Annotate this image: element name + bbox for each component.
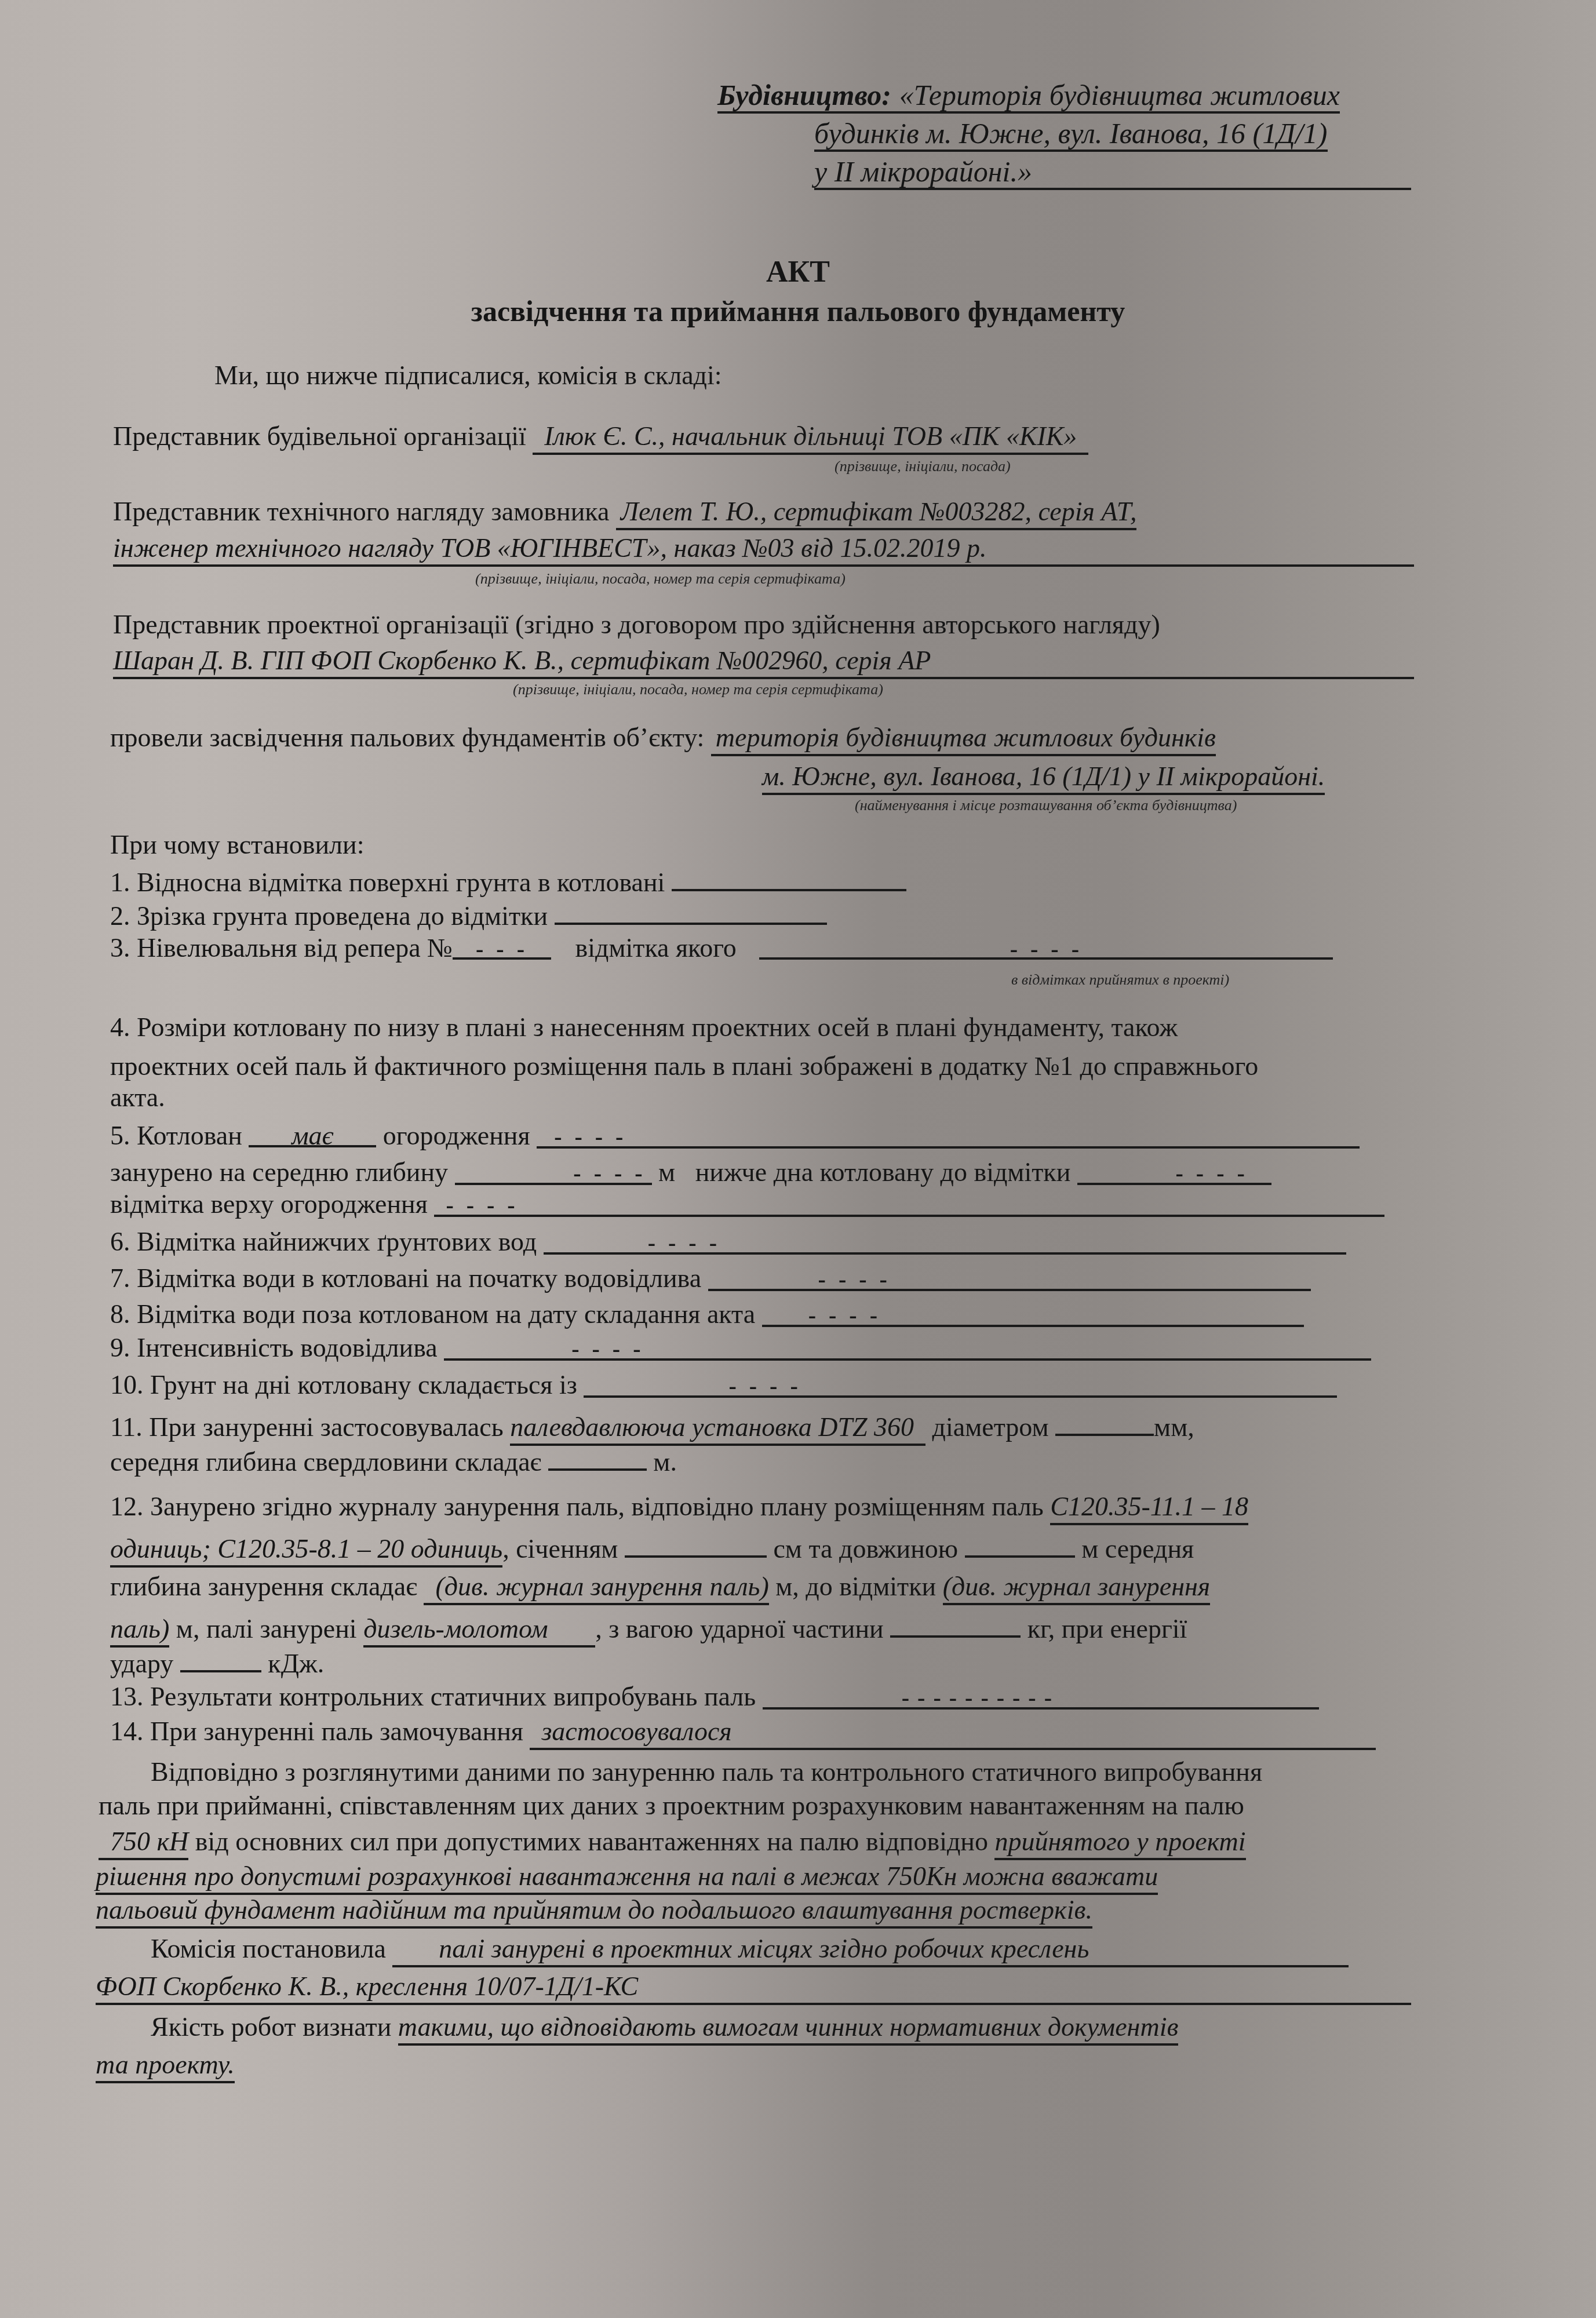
- driving-depth-value: (див. журнал занурення паль): [424, 1572, 768, 1605]
- rep-supervision-row: Представник технічного нагляду замовника…: [113, 495, 1136, 530]
- finding-11-depth: середня глибина свердловини складає м.: [110, 1443, 677, 1478]
- benchmark-field: - - -: [453, 932, 551, 960]
- finding-12-label-c: см та довжиною: [773, 1534, 958, 1563]
- resolution-row: Комісія постановила палі занурені в прое…: [151, 1933, 1349, 1967]
- rep-builder-value: Ілюк Є. С., начальник дільниці ТОВ «ПК «…: [533, 421, 1088, 455]
- finding-10-label: 10. Грунт на дні котловану складається і…: [110, 1370, 577, 1399]
- finding-11-label-a: 11. При зануренні застосовувалась: [110, 1412, 504, 1442]
- rep-design-row: Шаран Д. В. ГІП ФОП Скорбенко К. В., сер…: [113, 644, 1414, 679]
- finding-13: 13. Результати контрольних статичних вип…: [110, 1681, 1319, 1713]
- diameter-field: [1055, 1408, 1154, 1436]
- finding-14: 14. При зануренні паль замочування засто…: [110, 1715, 1376, 1750]
- design-load-value: 750 кН: [99, 1827, 188, 1860]
- finding-8-field: - - - -: [762, 1299, 1304, 1327]
- finding-5-label-e: відмітка верху огородження: [110, 1189, 428, 1219]
- bottom-mark-field: - - - -: [1077, 1157, 1271, 1185]
- findings-heading: При чому встановили:: [110, 829, 364, 861]
- finding-10: 10. Грунт на дні котловану складається і…: [110, 1369, 1337, 1401]
- length-field: [965, 1530, 1075, 1558]
- finding-7: 7. Відмітка води в котловані на початку …: [110, 1262, 1311, 1295]
- finding-12-line2: одиниць; С120.35-8.1 – 20 одиниць, січен…: [110, 1530, 1194, 1568]
- rep-supervision-caption: (прізвище, ініціали, посада, номер та се…: [475, 570, 846, 588]
- resolution-value-1: палі занурені в проектних місцях згідно …: [392, 1934, 1349, 1967]
- finding-3-label-b: відмітка якого: [558, 933, 737, 963]
- object-label: провели засвідчення пальових фундаментів…: [110, 723, 704, 752]
- impact-energy-field: [180, 1645, 261, 1672]
- finding-5: 5. Котлован має огородження - - - -: [110, 1120, 1360, 1152]
- conclusion-line5: пальовий фундамент надійним та прийнятим…: [96, 1894, 1092, 1929]
- object-row: провели засвідчення пальових фундаментів…: [110, 721, 1216, 756]
- depth-value: - - - -: [455, 1157, 652, 1190]
- finding-12-line5: удару кДж.: [110, 1645, 324, 1680]
- finding-12-label-g: м, палі занурені: [176, 1614, 357, 1643]
- depth-field: - - - -: [455, 1157, 652, 1185]
- finding-12-label-h: , з вагою ударної частини: [595, 1614, 884, 1643]
- finding-13-value: - - - - - - - - - -: [763, 1682, 1319, 1714]
- finding-6-value: - - - -: [544, 1227, 1346, 1259]
- borehole-depth-field: [548, 1443, 647, 1471]
- finding-8: 8. Відмітка води поза котлованом на дату…: [110, 1298, 1304, 1331]
- finding-5-top: відмітка верху огородження - - - -: [110, 1188, 1384, 1220]
- benchmark-mark-value: - - - -: [1010, 936, 1083, 962]
- finding-8-value: - - - -: [762, 1299, 1304, 1332]
- finding-9-label: 9. Інтенсивність водовідлива: [110, 1333, 438, 1362]
- act-subtitle: засвідчення та приймання пальового фунда…: [0, 294, 1596, 328]
- resolution-row-2: ФОП Скорбенко К. В., креслення 10/07-1Д/…: [96, 1970, 1411, 2005]
- fence-value: - - - -: [537, 1121, 1360, 1153]
- section-field: [625, 1530, 767, 1558]
- finding-9: 9. Інтенсивність водовідлива - - - -: [110, 1332, 1371, 1364]
- finding-12-label-i: кг, при енергії: [1027, 1614, 1187, 1643]
- finding-12-line1: 12. Занурено згідно журналу занурення па…: [110, 1490, 1248, 1525]
- ram-weight-field: [890, 1610, 1021, 1638]
- decision-value-3: пальовий фундамент надійним та прийнятим…: [96, 1895, 1092, 1929]
- object-value-2: м. Южне, вул. Іванова, 16 (1Д/1) у ІІ мі…: [762, 761, 1325, 795]
- decision-value-1: прийнятого у проекті: [994, 1827, 1245, 1860]
- conclusion-line3: 750 кН від основних сил при допустимих н…: [99, 1825, 1246, 1860]
- finding-6-label: 6. Відмітка найнижчих ґрунтових вод: [110, 1227, 537, 1256]
- fence-top-value: - - - -: [434, 1189, 1384, 1222]
- rep-design-caption: (прізвище, ініціали, посада, номер та се…: [513, 681, 883, 698]
- finding-1-field: [672, 863, 906, 891]
- finding-14-value: застосовувалося: [530, 1716, 1376, 1750]
- finding-13-field: - - - - - - - - - -: [763, 1682, 1319, 1710]
- driving-mark-value-1: (див. журнал занурення: [943, 1572, 1211, 1605]
- quality-row: Якість робот визнати такими, що відповід…: [151, 2011, 1178, 2046]
- finding-3-caption: в відмітках прийнятих в проекті): [1011, 971, 1229, 989]
- finding-12-label-f: м, до відмітки: [775, 1572, 936, 1601]
- pile-rig-value: палевдавлююча установка DTZ 360: [510, 1412, 925, 1446]
- construction-header-line3: у ІІ мікрорайоні.»: [814, 155, 1411, 190]
- finding-12-label-j: удару: [110, 1649, 173, 1678]
- quality-label: Якість робот визнати: [151, 2012, 391, 2042]
- conclusion-line2: паль при прийманні, співставленням цих д…: [99, 1789, 1244, 1822]
- quality-value-2: та проекту.: [96, 2050, 235, 2083]
- rep-design-value: Шаран Д. В. ГІП ФОП Скорбенко К. В., сер…: [113, 646, 1414, 679]
- finding-5-depth: занурено на середню глибину - - - - м ни…: [110, 1156, 1271, 1189]
- conclusion-line1: Відповідно з розглянутими даними по зану…: [151, 1756, 1262, 1788]
- rep-supervision-row-2: інженер технічного нагляду ТОВ «ЮГІНВЕСТ…: [113, 532, 1414, 567]
- finding-11: 11. При зануренні застосовувалась палевд…: [110, 1408, 1194, 1446]
- finding-13-label: 13. Результати контрольних статичних вип…: [110, 1682, 756, 1711]
- construction-name-line1: «Територія будівництва житлових: [891, 80, 1340, 114]
- finding-11-label-c: мм,: [1154, 1412, 1194, 1442]
- finding-5-label-a: 5. Котлован: [110, 1121, 242, 1150]
- finding-2-label: 2. Зрізка грунта проведена до відмітки: [110, 901, 548, 931]
- pit-fence-value: має: [291, 1121, 333, 1150]
- finding-7-value: - - - -: [708, 1263, 1311, 1296]
- benchmark-mark-field: - - - -: [759, 932, 1333, 960]
- finding-5-label-c: занурено на середню глибину: [110, 1157, 448, 1187]
- object-caption: (найменування і місце розташування об’єк…: [855, 797, 1237, 814]
- bottom-mark-value: - - - -: [1077, 1157, 1271, 1190]
- rep-supervision-label: Представник технічного нагляду замовника: [113, 497, 609, 526]
- finding-4-line3: акта.: [110, 1081, 165, 1114]
- decision-value-2: рішення про допустимі розрахункові наван…: [96, 1861, 1158, 1895]
- resolution-value-2: ФОП Скорбенко К. В., креслення 10/07-1Д/…: [96, 1971, 1411, 2005]
- resolution-label: Комісія постановила: [151, 1934, 386, 1963]
- rep-builder-row: Представник будівельної організації Ілюк…: [113, 420, 1088, 455]
- pile-types-value-1: С120.35-11.1 – 18: [1050, 1492, 1248, 1525]
- rep-supervision-value-2: інженер технічного нагляду ТОВ «ЮГІНВЕСТ…: [113, 533, 1414, 567]
- object-row-2: м. Южне, вул. Іванова, 16 (1Д/1) у ІІ мі…: [762, 760, 1325, 795]
- finding-8-label: 8. Відмітка води поза котлованом на дату…: [110, 1299, 755, 1329]
- finding-10-value: - - - -: [584, 1370, 1337, 1402]
- rep-design-label: Представник проектної організації (згідн…: [113, 608, 1160, 641]
- fence-field: - - - -: [537, 1121, 1360, 1149]
- finding-12-label-b: , січенням: [502, 1534, 618, 1563]
- finding-6: 6. Відмітка найнижчих ґрунтових вод - - …: [110, 1226, 1346, 1258]
- construction-header-line1: Будівництво:«Територія будівництва житло…: [717, 79, 1340, 114]
- finding-12-line3: глибина занурення складає (див. журнал з…: [110, 1570, 1210, 1605]
- hammer-type-value: дизель-молотом: [363, 1614, 595, 1648]
- object-value-1: територія будівництва житлових будинків: [711, 723, 1216, 756]
- construction-name-line3: у ІІ мікрорайоні.»: [814, 156, 1411, 190]
- document-page: Будівництво:«Територія будівництва житло…: [0, 0, 1596, 2318]
- finding-5-label-b: огородження: [383, 1121, 530, 1150]
- finding-4-line1: 4. Розміри котловану по низу в плані з н…: [110, 1011, 1178, 1044]
- construction-header-line2: будинків м. Южне, вул. Іванова, 16 (1Д/1…: [814, 117, 1328, 152]
- finding-6-field: - - - -: [544, 1227, 1346, 1255]
- finding-4-line2: проектних осей паль й фактичного розміще…: [110, 1050, 1258, 1083]
- finding-12-label-k: кДж.: [268, 1649, 324, 1678]
- finding-2-field: [555, 897, 827, 925]
- finding-7-field: - - - -: [708, 1263, 1311, 1291]
- conclusion-line4: рішення про допустимі розрахункові наван…: [96, 1860, 1158, 1895]
- pit-fence-field: має: [249, 1120, 376, 1147]
- conclusion-line3-text: від основних сил при допустимих навантаж…: [195, 1827, 988, 1856]
- finding-11-label-b: діаметром: [932, 1412, 1049, 1442]
- finding-14-label: 14. При зануренні паль замочування: [110, 1716, 523, 1746]
- intro-text: Ми, що нижче підписалися, комісія в скла…: [214, 359, 722, 392]
- finding-11-label-e: м.: [653, 1447, 677, 1477]
- finding-5-label-d: м нижче дна котловану до відмітки: [658, 1157, 1070, 1187]
- finding-7-label: 7. Відмітка води в котловані на початку …: [110, 1263, 701, 1293]
- act-title: АКТ: [0, 255, 1596, 289]
- pile-types-value-2: одиниць; С120.35-8.1 – 20 одиниць: [110, 1534, 502, 1568]
- quality-row-2: та проекту.: [96, 2049, 235, 2083]
- finding-12-label-e: глибина занурення складає: [110, 1572, 417, 1601]
- finding-11-label-d: середня глибина свердловини складає: [110, 1447, 541, 1477]
- finding-1-label: 1. Відносна відмітка поверхні грунта в к…: [110, 868, 665, 897]
- benchmark-value: - - -: [476, 936, 528, 962]
- finding-2: 2. Зрізка грунта проведена до відмітки: [110, 897, 827, 932]
- finding-3: 3. Нівелювальня від репера №- - - відміт…: [110, 932, 1333, 964]
- finding-12-label-a: 12. Занурено згідно журналу занурення па…: [110, 1492, 1044, 1521]
- driving-mark-value-2: паль): [110, 1614, 169, 1648]
- rep-supervision-value-1: Лелет Т. Ю., сертифікат №003282, серія А…: [616, 497, 1137, 530]
- rep-builder-caption: (прізвище, ініціали, посада): [835, 458, 1011, 475]
- quality-value-1: такими, що відповідають вимогам чинних н…: [398, 2012, 1179, 2046]
- finding-9-field: - - - -: [444, 1333, 1371, 1361]
- finding-3-label-a: 3. Нівелювальня від репера №: [110, 933, 453, 963]
- finding-1: 1. Відносна відмітка поверхні грунта в к…: [110, 863, 906, 899]
- fence-top-field: - - - -: [434, 1189, 1384, 1217]
- finding-12-line4: паль) м, палі занурені дизель-молотом, з…: [110, 1610, 1187, 1648]
- rep-builder-label: Представник будівельної організації: [113, 421, 526, 451]
- finding-12-label-d: м середня: [1081, 1534, 1194, 1563]
- construction-label: Будівництво:: [717, 80, 891, 114]
- finding-9-value: - - - -: [444, 1333, 1371, 1365]
- finding-10-field: - - - -: [584, 1370, 1337, 1398]
- construction-name-line2: будинків м. Южне, вул. Іванова, 16 (1Д/1…: [814, 118, 1328, 152]
